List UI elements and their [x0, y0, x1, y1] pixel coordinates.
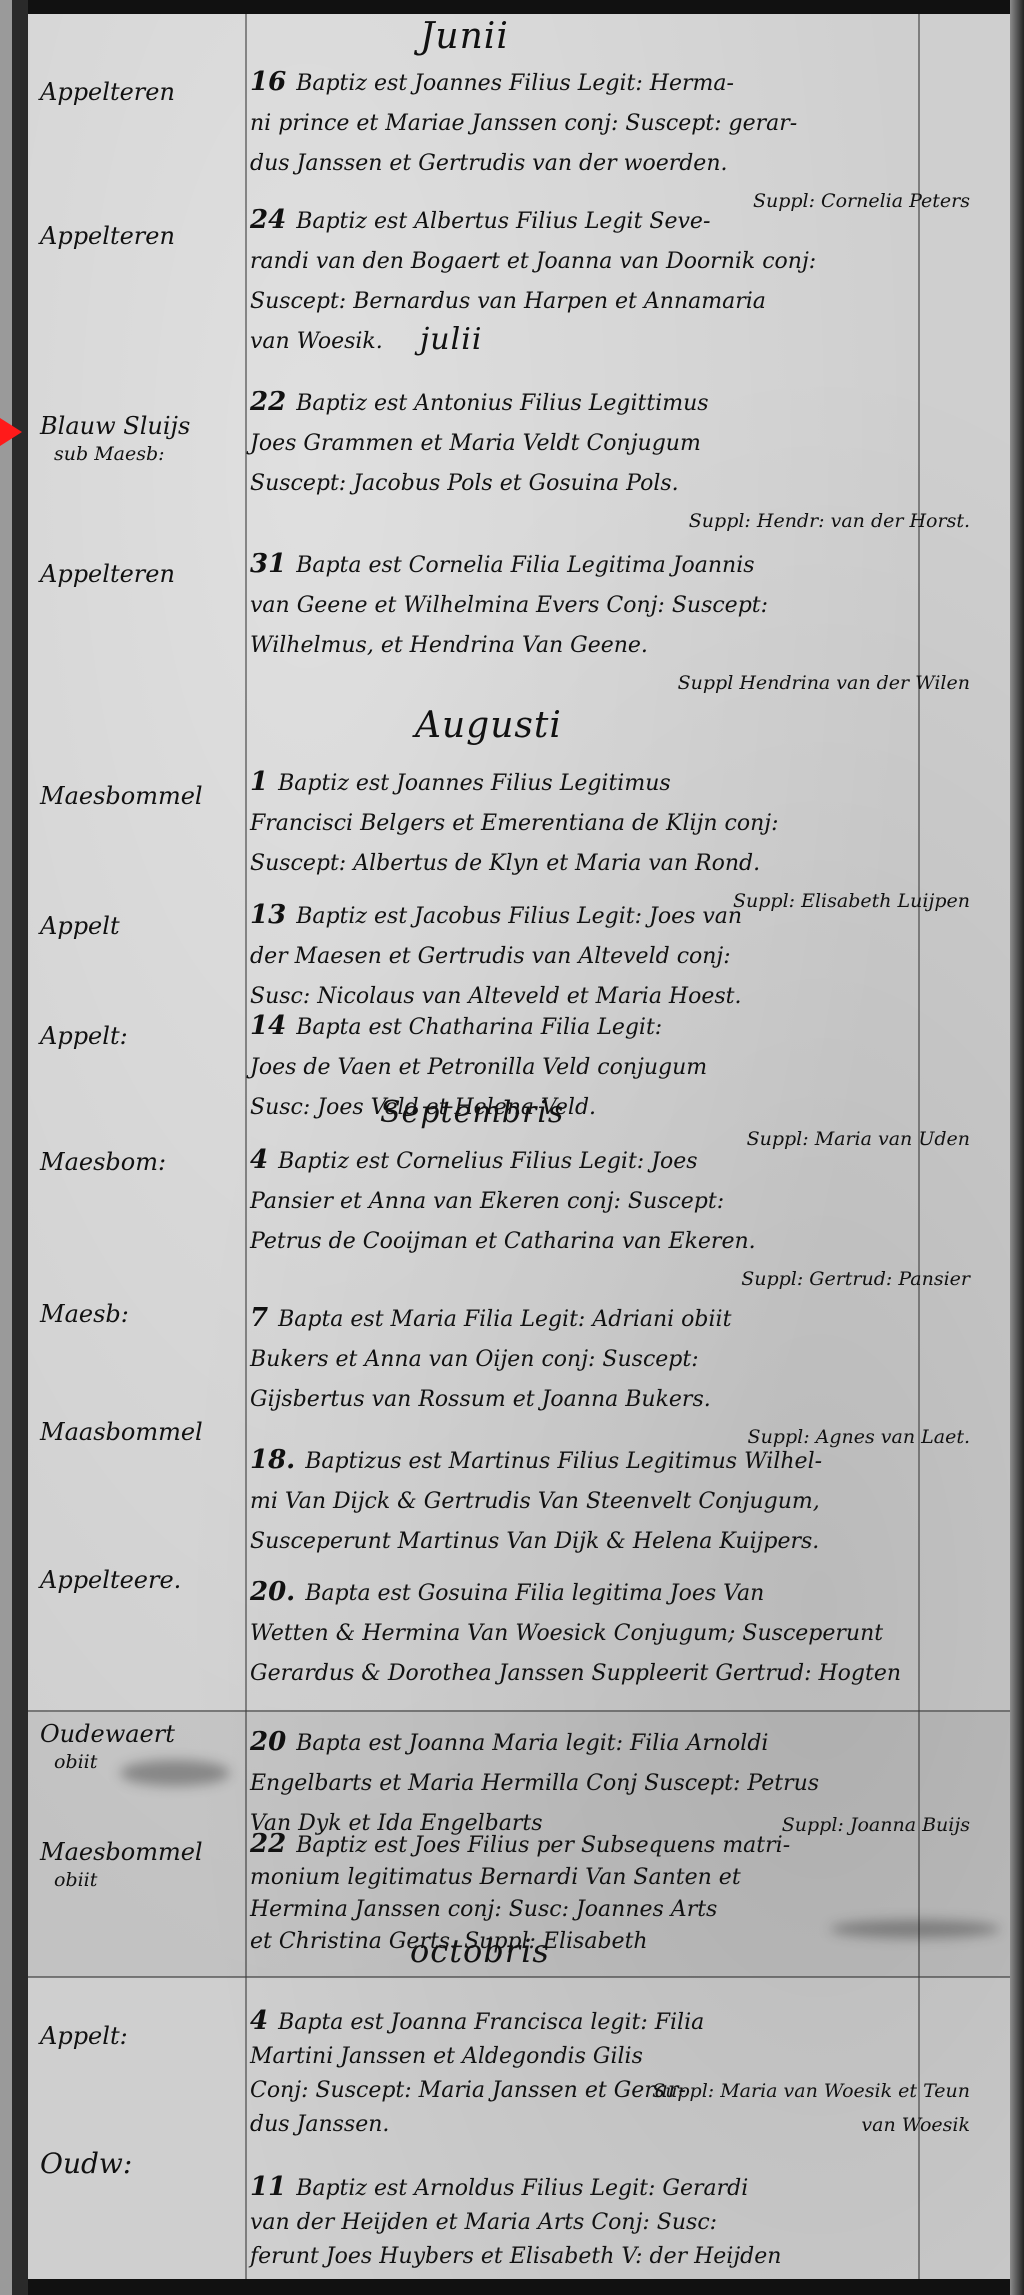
baptism-entry: 24Baptiz est Albertus Filius Legit Seve-…: [250, 200, 990, 362]
month-heading-junii: Junii: [420, 16, 509, 57]
baptism-entry: 16Baptiz est Joannes Filius Legit: Herma…: [250, 62, 990, 218]
entry-place: Oudewaert obiit: [40, 1720, 250, 1776]
entry-line: Bapta est Cornelia Filia Legitima Joanni…: [296, 553, 754, 578]
baptism-entry: 13Baptiz est Jacobus Filius Legit: Joes …: [250, 895, 990, 1017]
entry-place: Maesbommel obiit: [40, 1838, 250, 1894]
entry-place: Appelt:: [40, 2022, 250, 2050]
baptism-entry: 31Bapta est Cornelia Filia Legitima Joan…: [250, 544, 990, 700]
entry-line: Baptiz est Joannes Filius Legitimus: [278, 771, 671, 796]
divider-line: [28, 1710, 1010, 1712]
entry-line: Baptiz est Albertus Filius Legit Seve-: [296, 209, 710, 234]
entry-suppl: Suppl: Hendr: van der Horst.: [250, 504, 990, 538]
entry-day: 4: [250, 1145, 268, 1175]
entry-line: Petrus de Cooijman et Catharina van Eker…: [250, 1222, 990, 1262]
baptism-entry: 11Baptiz est Arnoldus Filius Legit: Gera…: [250, 2170, 990, 2274]
entry-line: Joes de Vaen et Petronilla Veld conjugum: [250, 1048, 990, 1088]
entry-line: Baptiz est Joannes Filius Legit: Herma-: [296, 71, 734, 96]
entry-place: Blauw Sluijs sub Maesb:: [40, 412, 250, 468]
entry-line: Wetten & Hermina Van Woesick Conjugum; S…: [250, 1614, 990, 1654]
register-page: Junii julii Augusti Septembris octobris …: [0, 0, 1024, 2295]
entry-line: Susceperunt Martinus Van Dijk & Helena K…: [250, 1522, 990, 1562]
entry-line: monium legitimatus Bernardi Van Santen e…: [250, 1862, 990, 1894]
entry-line: Bukers et Anna van Oijen conj: Suscept:: [250, 1340, 990, 1380]
entry-line: Bapta est Chatharina Filia Legit:: [296, 1015, 662, 1040]
entry-place-sub: obiit: [40, 1748, 250, 1776]
entry-line: Bapta est Maria Filia Legit: Adriani obi…: [278, 1307, 731, 1332]
entry-line: Suscept: Albertus de Klyn et Maria van R…: [250, 844, 990, 884]
entry-line: Baptizus est Martinus Filius Legitimus W…: [305, 1449, 822, 1474]
baptism-entry: 20.Bapta est Gosuina Filia legitima Joes…: [250, 1572, 990, 1694]
entry-place: Appelteren: [40, 222, 250, 250]
entry-place: Maesbom:: [40, 1148, 250, 1176]
entry-day: 31: [250, 549, 286, 579]
entry-day: 20: [250, 1727, 286, 1757]
entry-line: mi Van Dijck & Gertrudis Van Steenvelt C…: [250, 1482, 990, 1522]
entry-line: Wilhelmus, et Hendrina Van Geene.: [250, 626, 990, 666]
entry-line: dus Janssen et Gertrudis van der woerden…: [250, 144, 990, 184]
entry-line: Joes Grammen et Maria Veldt Conjugum: [250, 424, 990, 464]
month-heading-augusti: Augusti: [415, 705, 562, 746]
entry-day: 4: [250, 2006, 268, 2036]
entry-day: 22: [250, 1829, 286, 1859]
entry-place-sub: obiit: [40, 1866, 250, 1894]
entry-line: Baptiz est Arnoldus Filius Legit: Gerard…: [296, 2176, 748, 2201]
entry-line: Francisci Belgers et Emerentiana de Klij…: [250, 804, 990, 844]
entry-place-name: Maesbommel: [40, 1838, 203, 1866]
baptism-entry: 22Baptiz est Antonius Filius Legittimus …: [250, 382, 990, 538]
baptism-entry: 4Bapta est Joanna Francisca legit: Filia…: [250, 2004, 990, 2142]
page-right-edge: [1010, 0, 1024, 2295]
entry-line: der Maesen et Gertrudis van Alteveld con…: [250, 937, 990, 977]
entry-line: et Christina Gerts. Suppl: Elisabeth: [250, 1926, 990, 1958]
entry-place: Appelt: [40, 912, 250, 940]
entry-line: randi van den Bogaert et Joanna van Door…: [250, 242, 990, 282]
entry-day: 18.: [250, 1445, 295, 1475]
entry-line: Baptiz est Antonius Filius Legittimus: [296, 391, 708, 416]
entry-line: Gerardus & Dorothea Janssen Suppleerit G…: [250, 1654, 990, 1694]
entry-day: 1: [250, 767, 268, 797]
entry-line: Martini Janssen et Aldegondis Gilis: [250, 2040, 990, 2074]
page-bottom-edge: [0, 2279, 1024, 2295]
entry-day: 16: [250, 67, 286, 97]
entry-line: Suscept: Bernardus van Harpen et Annamar…: [250, 282, 990, 322]
entry-day: 24: [250, 205, 286, 235]
entry-place-name: Blauw Sluijs: [40, 412, 190, 440]
entry-line: ferunt Joes Huybers et Elisabeth V: der …: [250, 2240, 990, 2274]
page-binding-dark: [12, 0, 28, 2295]
page-binding-light: [0, 0, 12, 2295]
entry-line: Engelbarts et Maria Hermilla Conj Suscep…: [250, 1764, 990, 1804]
entry-line: van der Heijden et Maria Arts Conj: Susc…: [250, 2206, 990, 2240]
baptism-entry: 18.Baptizus est Martinus Filius Legitimu…: [250, 1440, 990, 1562]
entry-line: Bapta est Joanna Maria legit: Filia Arno…: [296, 1731, 768, 1756]
baptism-entry: 14Bapta est Chatharina Filia Legit: Joes…: [250, 1006, 990, 1156]
entry-place-name: Oudewaert: [40, 1720, 175, 1748]
entry-place: Maesb:: [40, 1300, 250, 1328]
entry-line: Baptiz est Jacobus Filius Legit: Joes va…: [296, 904, 742, 929]
entry-line: Baptiz est Cornelius Filius Legit: Joes: [278, 1149, 697, 1174]
entry-line: ni prince et Mariae Janssen conj: Suscep…: [250, 104, 990, 144]
entry-place: Appelteren: [40, 560, 250, 588]
entry-day: 20.: [250, 1577, 295, 1607]
entry-line: Suscept: Jacobus Pols et Gosuina Pols.: [250, 464, 990, 504]
baptism-entry: 7Bapta est Maria Filia Legit: Adriani ob…: [250, 1298, 990, 1454]
entry-line: Bapta est Joanna Francisca legit: Filia: [278, 2010, 704, 2035]
entry-line: Hermina Janssen conj: Susc: Joannes Arts: [250, 1894, 990, 1926]
entry-suppl: Suppl: Gertrud: Pansier: [250, 1262, 990, 1296]
entry-day: 7: [250, 1303, 268, 1333]
page-top-edge: [0, 0, 1024, 14]
entry-place: Appelteere.: [40, 1566, 250, 1594]
entry-place: Appelteren: [40, 78, 250, 106]
entry-day: 13: [250, 900, 286, 930]
entry-day: 22: [250, 387, 286, 417]
entry-suppl: Suppl Hendrina van der Wilen: [250, 666, 990, 700]
red-arrow-marker-icon: [0, 418, 22, 446]
entry-place: Maasbommel: [40, 1418, 250, 1446]
entry-day: 14: [250, 1011, 286, 1041]
entry-place-sub: sub Maesb:: [40, 440, 250, 468]
entry-place: Oudw:: [40, 2150, 250, 2178]
entry-line: van Woesik.: [250, 322, 990, 362]
entry-day: 11: [250, 2172, 286, 2202]
baptism-entry: 4Baptiz est Cornelius Filius Legit: Joes…: [250, 1140, 990, 1296]
entry-line: van Geene et Wilhelmina Evers Conj: Susc…: [250, 586, 990, 626]
entry-line: Pansier et Anna van Ekeren conj: Suscept…: [250, 1182, 990, 1222]
baptism-entry: 22Baptiz est Joes Filius per Subsequens …: [250, 1828, 990, 1958]
entry-line: Baptiz est Joes Filius per Subsequens ma…: [296, 1833, 790, 1858]
entry-line: Bapta est Gosuina Filia legitima Joes Va…: [305, 1581, 764, 1606]
divider-line: [28, 1976, 1010, 1978]
entry-place: Appelt:: [40, 1022, 250, 1050]
entry-line: Gijsbertus van Rossum et Joanna Bukers.: [250, 1380, 990, 1420]
entry-place: Maesbommel: [40, 782, 250, 810]
baptism-entry: 20Bapta est Joanna Maria legit: Filia Ar…: [250, 1722, 990, 1842]
